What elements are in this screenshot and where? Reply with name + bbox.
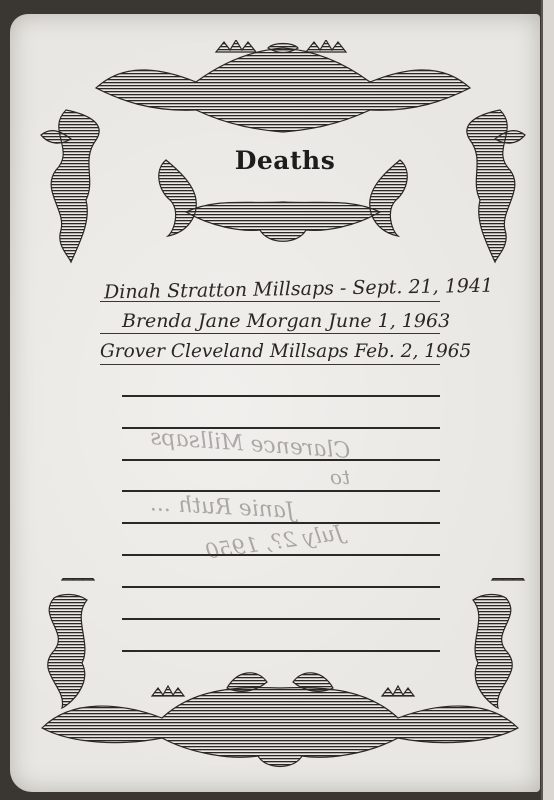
- book-spine-edge: [541, 0, 554, 800]
- ruled-line: [100, 364, 440, 365]
- bottom-floral-ornament-icon: [32, 578, 528, 770]
- bleed-through-text: to: [330, 465, 350, 489]
- page-title: Deaths: [200, 146, 370, 175]
- death-entry: Brenda Jane Morgan June 1, 1963: [122, 310, 450, 332]
- ruled-line: [122, 395, 440, 397]
- death-entry: Grover Cleveland Millsaps Feb. 2, 1965: [100, 341, 471, 362]
- ruled-line: [100, 333, 440, 334]
- ruled-line: [122, 554, 440, 556]
